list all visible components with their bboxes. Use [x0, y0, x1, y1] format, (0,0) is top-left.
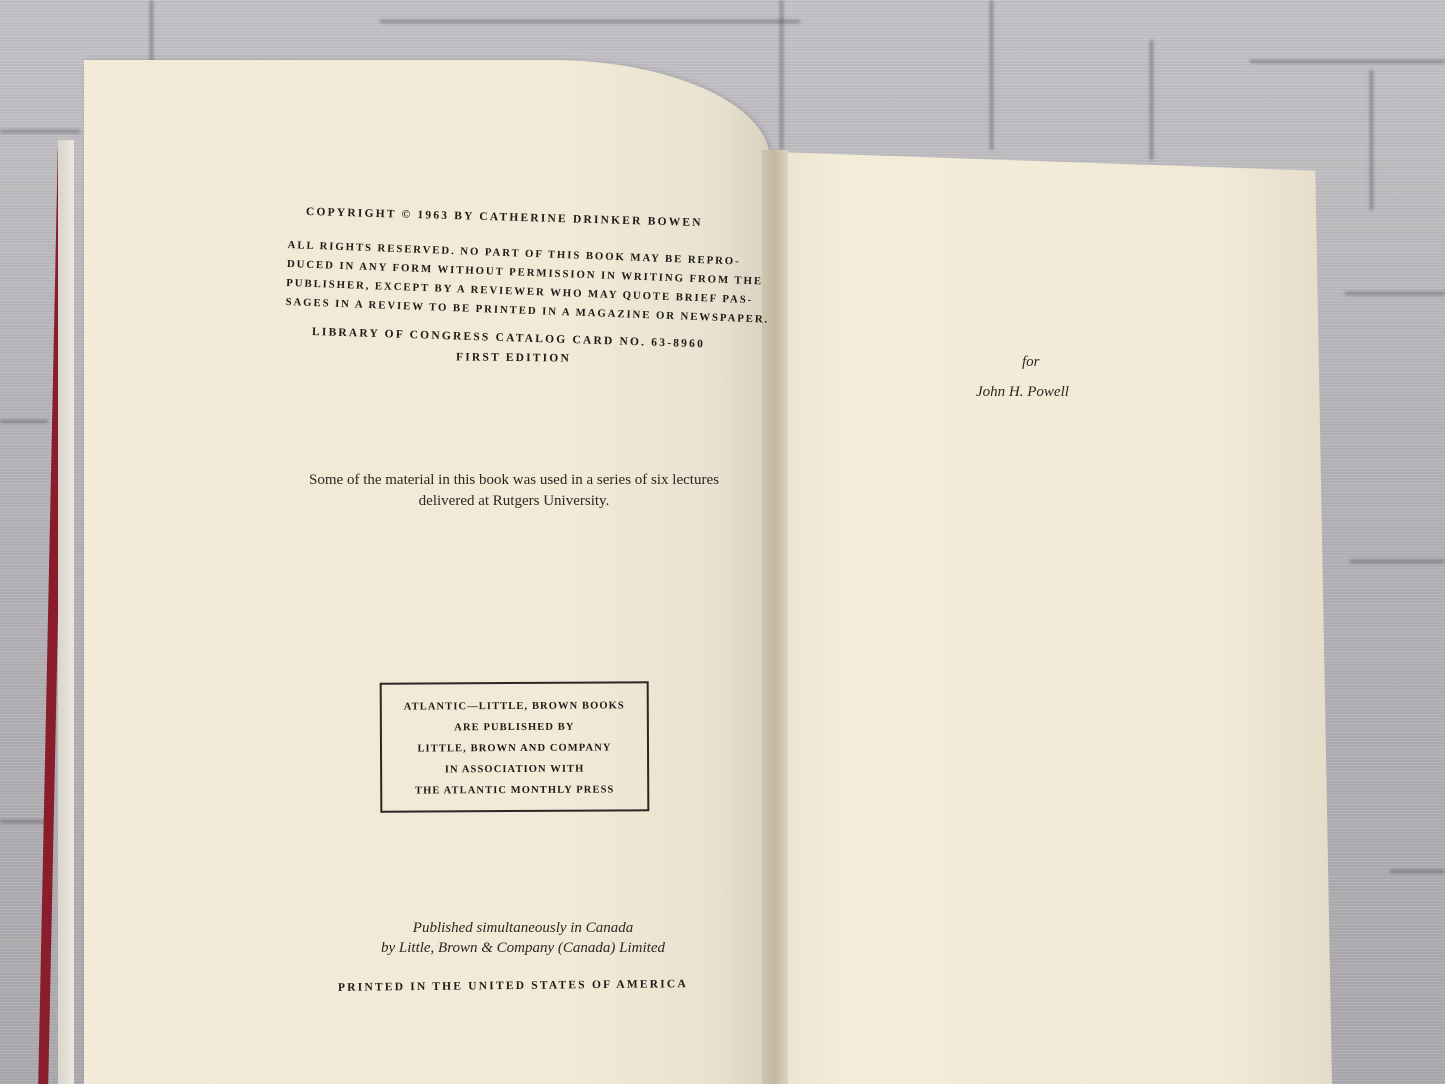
dedication-for: for	[1022, 354, 1040, 371]
backdrop-seam	[1345, 292, 1445, 295]
backdrop-seam	[0, 130, 80, 133]
edition-label: FIRST EDITION	[456, 351, 571, 364]
backdrop-seam	[1350, 560, 1445, 563]
canada-note-line: Published simultaneously in Canada	[378, 918, 668, 938]
page-stack-edge	[58, 140, 74, 1084]
imprint-line: LITTLE, BROWN AND COMPANY	[382, 737, 647, 759]
dedication-name: John H. Powell	[976, 384, 1069, 401]
backdrop-seam	[1370, 70, 1373, 210]
lecture-note-line: delivered at Rutgers University.	[268, 491, 760, 512]
backdrop-seam	[780, 0, 783, 150]
imprint-line: ATLANTIC—LITTLE, BROWN BOOKS	[382, 695, 647, 717]
backdrop-seam	[0, 820, 48, 823]
publisher-imprint-box: ATLANTIC—LITTLE, BROWN BOOKS ARE PUBLISH…	[380, 681, 650, 812]
backdrop-seam	[1390, 870, 1445, 873]
canada-publication-note: Published simultaneously in Canada by Li…	[378, 918, 668, 958]
backdrop-seam	[380, 20, 800, 23]
lecture-note-line: Some of the material in this book was us…	[268, 470, 760, 491]
imprint-line: IN ASSOCIATION WITH	[382, 758, 647, 780]
lecture-note: Some of the material in this book was us…	[268, 470, 760, 512]
backdrop-seam	[0, 420, 48, 423]
dedication-page	[776, 152, 1332, 1084]
backdrop-seam	[990, 0, 993, 150]
canada-note-line: by Little, Brown & Company (Canada) Limi…	[378, 938, 668, 958]
imprint-line: THE ATLANTIC MONTHLY PRESS	[382, 779, 647, 801]
backdrop-seam	[1150, 40, 1153, 160]
backdrop-seam	[1250, 60, 1445, 63]
imprint-line: ARE PUBLISHED BY	[382, 716, 647, 738]
